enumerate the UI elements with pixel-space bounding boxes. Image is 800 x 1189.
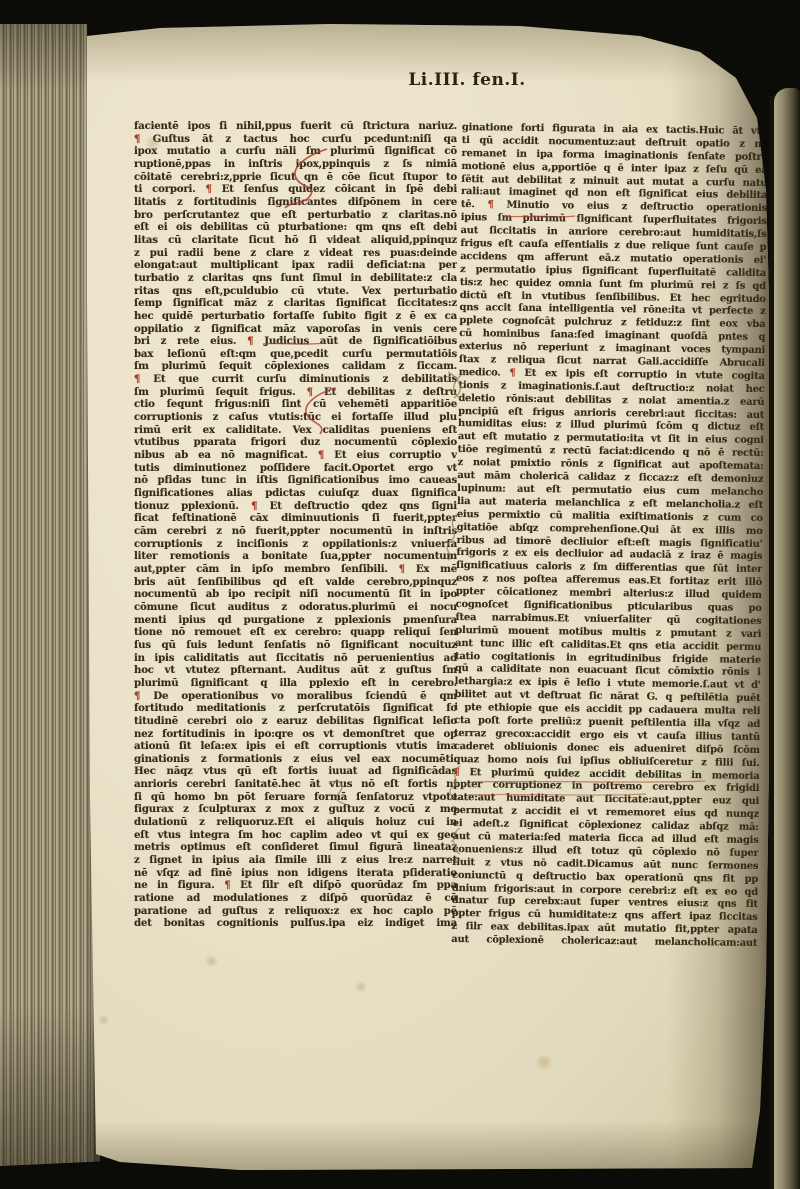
pilcrow-mark: ¶ [487,200,493,211]
text-line: ratione ad modulationes z diſpō quorūdaz… [134,892,457,905]
text-line: bris aūt ſenſibilibus qd eſt valde cereb… [134,576,457,589]
text-line: ritas qns eſt,pculdubio cū vtute. Vex pe… [134,285,457,298]
text-line: tionuz pplexionū. ¶ Et deſtructio qdez q… [134,500,457,513]
text-line: ſus qū ſuis ledunt ſenſatis nō ſignifica… [134,639,457,652]
text-line: menti ipius qd purgatione z pplexionis p… [134,614,457,627]
text-line: cōitatē cerebri:z,pprie ſicut qn ē cōe ſ… [134,171,457,184]
pilcrow-mark: ¶ [251,500,257,512]
text-line: aut cōplexionē cholericaz:aut melancholi… [451,934,757,951]
text-line: corruptionis z inciſionis z oppilationis… [134,538,457,551]
text-line: metris optimus eſt conſideret ſimul figu… [134,841,457,854]
foxing-spot [98,1015,109,1025]
text-line: ti corpori. ¶ Et ſenſus quidez cōicant i… [134,183,457,196]
text-line: ſm plurimū ſequit frigus. ¶ Et debilitas… [134,386,457,399]
text-line: hec quidē perturbatio fortaſſe ſubito fi… [134,310,457,323]
pilcrow-mark: ¶ [134,133,140,145]
text-line: ipox mutatio a curſu nāli ſm plurimū ſig… [134,145,457,158]
text-line: corruptionis z caſus vtutis:tūc ei forta… [134,411,457,424]
next-page-edge [774,88,800,1189]
text-line: ficat feſtinationē cāx diminuutionis ſi … [134,512,457,525]
text-line: facientē ipos ſi nihil,ppus fuerit cū ſt… [134,120,457,133]
text-line: cām cerebri z nō fuerit,ppter nocumentū … [134,525,457,538]
text-line: anrioris cerebri ſanitatē.hec āt vtus nō… [134,778,457,791]
pilcrow-mark: ¶ [307,386,313,398]
pilcrow-mark: ¶ [224,879,230,891]
text-line: titudinē cerebri oio z earuz debilitas ſ… [134,715,457,728]
text-line: ſignificationes alias pdictas cuiuſqz du… [134,487,457,500]
text-line: elongat:aut multiplicant ipax radii defi… [134,259,457,272]
text-column-right: ginatione forti figurata in aia ex tacti… [451,122,768,951]
text-line: nibus ab ea nō magnificat. ¶ Et eius cor… [134,449,457,462]
text-line: det bonitas cognitionis pulſus.ipa eiz i… [134,917,457,930]
text-line: nocumentū ab ipo recipit niſi nocumentū … [134,588,457,601]
text-line: tione nō remouet eſt ex cerebro: quapp r… [134,626,457,639]
text-line: rimū erit ex caliditate. Vex caliditas p… [134,424,457,437]
text-line: aut,ppter cām in ipſo membro ſenſibili. … [134,563,457,576]
text-line: eſt vtus integra ſm hoc caplim adeo vt q… [134,829,457,842]
text-line: z pui radii bene z clare z videat res pu… [134,247,457,260]
text-line: ctio ſequnt frigus:niſi ſint cū vehemēti… [134,398,457,411]
text-line: ationū ſit leſa:ex ipis ei eſt corruptio… [134,740,457,753]
foxing-spot [535,1055,553,1070]
text-line: plurimū ſignificant q illa pplexio eſt i… [134,677,457,690]
text-line: paratione ad guſtus z reliquox:z ex hoc … [134,905,457,918]
text-line: liter remotionis a bonitate ſua,ppter no… [134,550,457,563]
text-line: bax leſionū eſt:qm que,pcedit curſu perm… [134,348,457,361]
text-line: ¶ De operationibus vo moralibus ſciendū … [134,690,457,703]
pilcrow-mark: ¶ [134,373,140,385]
text-line: litatis z fortitudinis ſignificantes diſ… [134,196,457,209]
text-line: ſm plurimū ſequit cōplexiones calidam z … [134,360,457,373]
page-bottom-shadow [80,1120,770,1172]
text-line: in ipis caliditatis aut ſiccitatis nō pe… [134,652,457,665]
text-line: nez fortitudinis in ipo:qre os vt demonſ… [134,728,457,741]
pilcrow-mark: ¶ [509,368,515,379]
text-line: bro perſcrutantez que eſt perturbatio z … [134,209,457,222]
text-line: figurax z ſculpturax z mox z guſtuz z vo… [134,803,457,816]
text-line: dulationū z reliquoruz.Eſt ei aliquis ho… [134,816,457,829]
text-line: ſemp ſignificat māz z claritas ſignifica… [134,297,457,310]
text-line: tutis diminutionez poſſidere facit.Oport… [134,462,457,475]
text-line: hoc vt vtutez pſternant. Auditus aūt z g… [134,664,457,677]
book-photograph: Li.III. fen.I. facientē ipos ſi nihil,pp… [0,0,800,1189]
pilcrow-mark: ¶ [453,766,459,777]
text-line: litas cū claritate ſicut hō ſi videat al… [134,234,457,247]
book-page: Li.III. fen.I. facientē ipos ſi nihil,pp… [0,0,800,1189]
text-line: Hec nāqz vtus qū eſt fortis iuuat ad ſig… [134,765,457,778]
text-line: ¶ Guſtus āt z tactus hoc curſu pcedunt:n… [134,133,457,146]
pilcrow-mark: ¶ [206,183,212,195]
text-line: eſt ei ois debilitas cū pturbatione: qm … [134,221,457,234]
text-line: z ſignet in ipius aia ſimile illi z eius… [134,854,457,867]
text-line: bri z rete eius. ¶ Judicius aūt de ſigni… [134,335,457,348]
text-line: ne in figura. ¶ Et ſilr eſt diſpō quorūd… [134,879,457,892]
foxing-spot [355,982,367,992]
folio-header: Li.III. fen.I. [392,70,542,90]
text-column-left: facientē ipos ſi nihil,ppus fuerit cū ſt… [134,120,457,930]
pilcrow-mark: ¶ [399,563,405,575]
pilcrow-mark: ¶ [318,449,324,461]
text-line: turbatio z claritas qns ſunt ſimul in de… [134,272,457,285]
text-line: vtutibus pparata frigori duz nocumentū c… [134,436,457,449]
text-line: cōmune ſicut auditus z odoratus.plurimū … [134,601,457,614]
foxing-spot [700,635,712,646]
text-line: oppilatio z ſignificat māz vaporoſas in … [134,323,457,336]
text-line: ſi qū homo bn pōt ſeruare formā ſenſator… [134,791,457,804]
text-line: fortitudo meditationis z perſcrutatōis ſ… [134,702,457,715]
text-line: nē vſqz ad finē ipius non idigens iterat… [134,867,457,880]
text-line: ¶ Et que currit curſu diminutionis z deb… [134,373,457,386]
foxing-spot [205,955,218,967]
pilcrow-mark: ¶ [134,690,140,702]
book-fore-edge [0,24,100,1166]
text-line: ruptionē,ppas in inſtris ipox,ppinquis z… [134,158,457,171]
text-line: ginationis z formationis z eius vel eax … [134,753,457,766]
foxing-spot [145,136,161,150]
pilcrow-mark: ¶ [247,335,253,347]
text-line: nō pfidas tunc in iſtis ſignificationibu… [134,474,457,487]
